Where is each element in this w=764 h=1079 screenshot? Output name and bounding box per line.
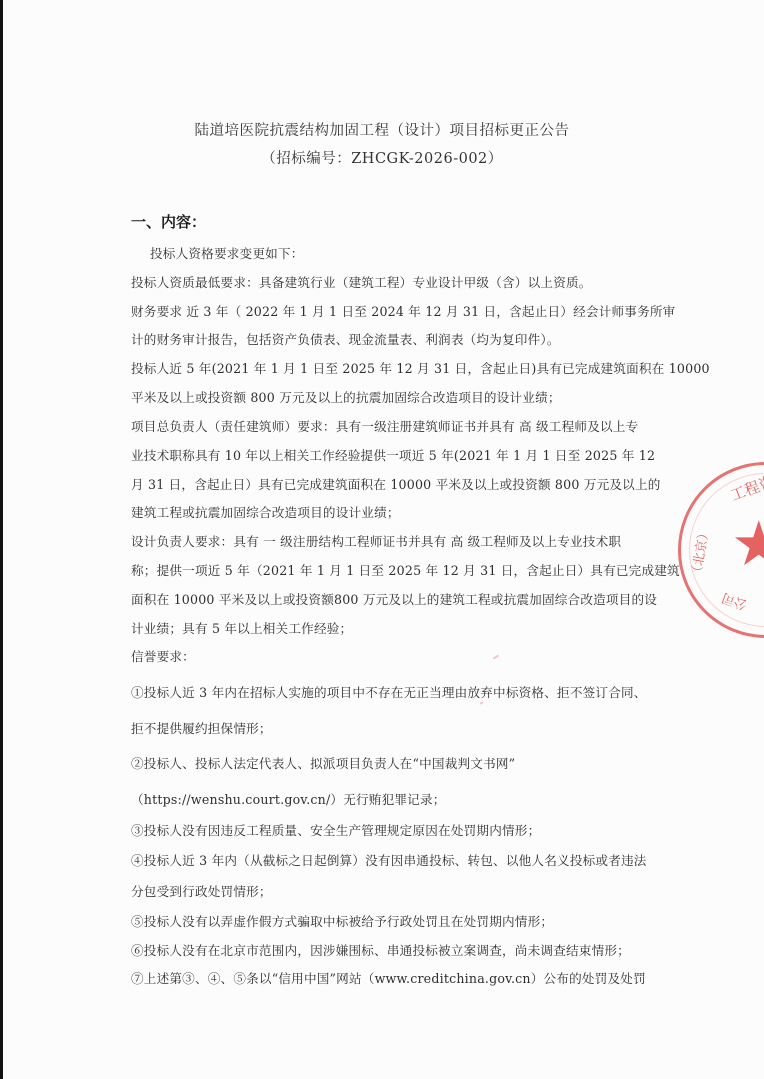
paragraph-line: ⑥投标人没有在北京市范围内，因涉嫌围标、串通投标被立案调查，尚未调查结束情形； bbox=[131, 940, 630, 959]
paragraph-line: 平米及以上或投资额 800 万元及以上的抗震加固综合改造项目的设计业绩； bbox=[131, 387, 561, 406]
paragraph-line: 建筑工程或抗震加固综合改造项目的设计业绩； bbox=[131, 502, 400, 521]
paragraph-line: ③投标人没有因违反工程质量、安全生产管理规定原因在处罚期内情形； bbox=[131, 820, 540, 839]
paragraph-line: 面积在 10000 平米及以上或投资额800 万元及以上的建筑工程或抗震加固综合… bbox=[131, 589, 657, 608]
paragraph-line: 项目总负责人（责任建筑师）要求：具有一级注册建筑师证书并具有 高 级工程师及以上… bbox=[131, 416, 638, 435]
paragraph-line: 财务要求 近 3 年（ 2022 年 1 月 1 日至 2024 年 12 月 … bbox=[131, 301, 675, 320]
paragraph-line: ①投标人近 3 年内在招标人实施的项目中不存在无正当理由放弃中标资格、拒不签订合… bbox=[131, 682, 647, 701]
paragraph-line: 月 31 日，含起止日）具有已完成建筑面积在 10000 平米及以上或投资额 8… bbox=[131, 474, 661, 493]
document-title: 陆道培医院抗震结构加固工程（设计）项目招标更正公告 bbox=[0, 119, 764, 140]
paragraph-line: （https://wenshu.court.gov.cn/）无行贿犯罪记录； bbox=[131, 789, 446, 808]
paragraph-line: 投标人资格要求变更如下： bbox=[150, 243, 304, 262]
paragraph-line: 计业绩；具有 5 年以上相关工作经验； bbox=[131, 618, 352, 637]
paragraph-line: 投标人资质最低要求：具备建筑行业（建筑工程）专业设计甲级（含）以上资质。 bbox=[131, 272, 592, 291]
paragraph-line: 投标人近 5 年(2021 年 1 月 1 日至 2025 年 12 月 31 … bbox=[131, 358, 710, 377]
paragraph-line: 分包受到行政处罚情形； bbox=[131, 881, 272, 900]
paragraph-line: 业技术职称具有 10 年以上相关工作经验提供一项近 5 年(2021 年 1 月… bbox=[131, 445, 655, 464]
section-heading: 一、内容： bbox=[131, 211, 206, 232]
paragraph-line: 设计负责人要求：具有 一 级注册结构工程师证书并具有 高 级工程师及以上专业技术… bbox=[131, 531, 621, 550]
paragraph-line: ②投标人、投标人法定代表人、拟派项目负责人在“中国裁判文书网” bbox=[131, 753, 515, 772]
paragraph-line: ⑤投标人没有以弄虚作假方式骗取中标被给予行政处罚且在处罚期内情形； bbox=[131, 911, 553, 930]
paragraph-line: 拒不提供履约担保情形； bbox=[131, 718, 272, 737]
star-icon: ★ bbox=[731, 513, 764, 575]
bid-number: （招标编号：ZHCGK-2026-002） bbox=[0, 147, 764, 168]
paragraph-line: 计的财务审计报告，包括资产负债表、现金流量表、利润表（均为复印件）。 bbox=[131, 329, 560, 348]
paragraph-line: ⑦上述第③、④、⑤条以“信用中国”网站（www.creditchina.gov.… bbox=[131, 968, 646, 987]
paragraph-line: ④投标人近 3 年内（从截标之日起倒算）没有因串通投标、转包、以他人名义投标或者… bbox=[131, 850, 647, 869]
paragraph-line: 称；提供一项近 5 年（2021 年 1 月 1 日至 2025 年 12 月 … bbox=[131, 560, 680, 579]
paragraph-line: 信誉要求： bbox=[131, 646, 195, 665]
